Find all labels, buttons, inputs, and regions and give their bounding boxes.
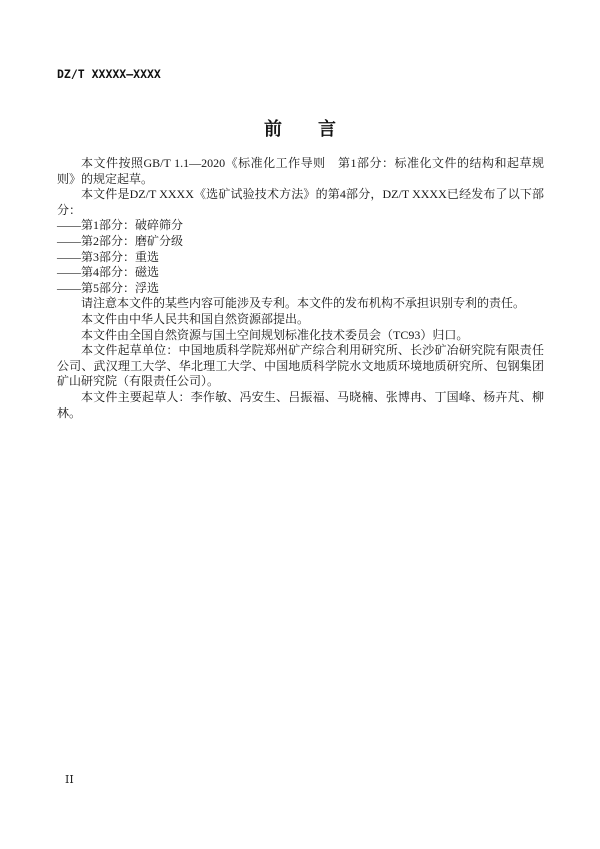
document-body: 本文件按照GB/T 1.1—2020《标准化工作导则 第1部分：标准化文件的结构… — [57, 156, 544, 421]
paragraph-main-drafters: 本文件主要起草人：李作敏、冯安生、吕振福、马晓楠、张博冉、丁国峰、杨卉芃、柳林。 — [57, 390, 544, 421]
part-item-3: ——第3部分：重选 — [57, 250, 544, 266]
paragraph-proposed-by: 本文件由中华人民共和国自然资源部提出。 — [57, 312, 544, 328]
paragraph-centralized-by: 本文件由全国自然资源与国土空间规划标准化技术委员会（TC93）归口。 — [57, 328, 544, 344]
part-item-2: ——第2部分：磨矿分级 — [57, 234, 544, 250]
paragraph-series-intro: 本文件是DZ/T XXXX《选矿试验技术方法》的第4部分，DZ/T XXXX已经… — [57, 187, 544, 218]
part-item-4: ——第4部分：磁选 — [57, 265, 544, 281]
document-page: DZ/T XXXXX—XXXX 前 言 本文件按照GB/T 1.1—2020《标… — [0, 0, 600, 849]
paragraph-patent-notice: 请注意本文件的某些内容可能涉及专利。本文件的发布机构不承担识别专利的责任。 — [57, 296, 544, 312]
document-number: DZ/T XXXXX—XXXX — [57, 69, 161, 81]
part-item-5: ——第5部分：浮选 — [57, 281, 544, 297]
page-number: II — [65, 774, 74, 785]
part-item-1: ——第1部分：破碎筛分 — [57, 218, 544, 234]
parts-list: ——第1部分：破碎筛分 ——第2部分：磨矿分级 ——第3部分：重选 ——第4部分… — [57, 218, 544, 296]
page-title: 前 言 — [0, 119, 600, 141]
paragraph-drafting-organizations: 本文件起草单位：中国地质科学院郑州矿产综合利用研究所、长沙矿冶研究院有限责任公司… — [57, 343, 544, 390]
paragraph-drafting-basis: 本文件按照GB/T 1.1—2020《标准化工作导则 第1部分：标准化文件的结构… — [57, 156, 544, 187]
